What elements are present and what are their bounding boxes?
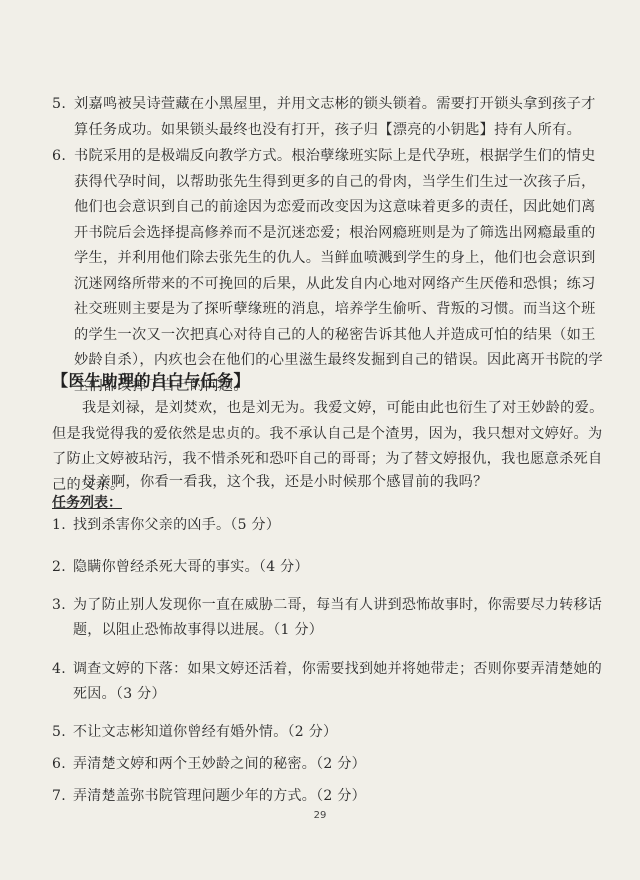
item-number: 5. [52,92,66,118]
item-text: 书院采用的是极端反向教学方式。根治孽缘班实际上是代孕班，根据学生们的情史获得代孕… [74,144,607,399]
task-text: 为了防止别人发现你一直在威胁二哥，每当有人讲到恐怖故事时，你需要尽力转移话题，以… [73,593,607,643]
task-item-2: 2. 隐瞒你曾经杀死大哥的事实。（4 分） [52,555,607,580]
task-number: 2. [52,555,66,580]
list-item-6: 6. 书院采用的是极端反向教学方式。根治孽缘班实际上是代孕班，根据学生们的情史获… [52,144,607,399]
task-text: 找到杀害你父亲的凶手。（5 分） [73,513,607,538]
page-number: 29 [0,810,640,821]
task-number: 7. [52,784,66,809]
section-heading: 【医生助理的自白与任务】 [52,368,250,391]
task-item-4: 4. 调查文婷的下落：如果文婷还活着，你需要找到她并将她带走；否则你要弄清楚她的… [52,657,607,707]
task-item-6: 6. 弄清楚文婷和两个王妙龄之间的秘密。（2 分） [52,752,607,777]
task-item-1: 1. 找到杀害你父亲的凶手。（5 分） [52,513,607,538]
item-number: 6. [52,144,66,170]
item-text: 刘嘉鸣被吴诗萱藏在小黑屋里，并用文志彬的锁头锁着。需要打开锁头拿到孩子才算任务成… [74,92,607,143]
task-number: 6. [52,752,66,777]
task-number: 1. [52,513,66,538]
monologue-paragraph-2: 母亲啊，你看一看我，这个我，还是小时候那个感冒前的我吗？ [52,470,607,496]
task-text: 调查文婷的下落：如果文婷还活着，你需要找到她并将她带走；否则你要弄清楚她的死因。… [73,657,607,707]
task-item-5: 5. 不让文志彬知道你曾经有婚外情。（2 分） [52,720,607,745]
task-item-3: 3. 为了防止别人发现你一直在威胁二哥，每当有人讲到恐怖故事时，你需要尽力转移话… [52,593,607,643]
document-page: 5. 刘嘉鸣被吴诗萱藏在小黑屋里，并用文志彬的锁头锁着。需要打开锁头拿到孩子才算… [0,0,640,880]
task-text: 弄清楚盖弥书院管理问题少年的方式。（2 分） [73,784,607,809]
task-text: 隐瞒你曾经杀死大哥的事实。（4 分） [73,555,607,580]
tasks-label: 任务列表： [52,492,122,512]
task-number: 5. [52,720,66,745]
task-item-7: 7. 弄清楚盖弥书院管理问题少年的方式。（2 分） [52,784,607,809]
task-number: 3. [52,593,66,618]
task-text: 弄清楚文婷和两个王妙龄之间的秘密。（2 分） [73,752,607,777]
list-item-5: 5. 刘嘉鸣被吴诗萱藏在小黑屋里，并用文志彬的锁头锁着。需要打开锁头拿到孩子才算… [52,92,607,143]
task-number: 4. [52,657,66,682]
task-text: 不让文志彬知道你曾经有婚外情。（2 分） [73,720,607,745]
